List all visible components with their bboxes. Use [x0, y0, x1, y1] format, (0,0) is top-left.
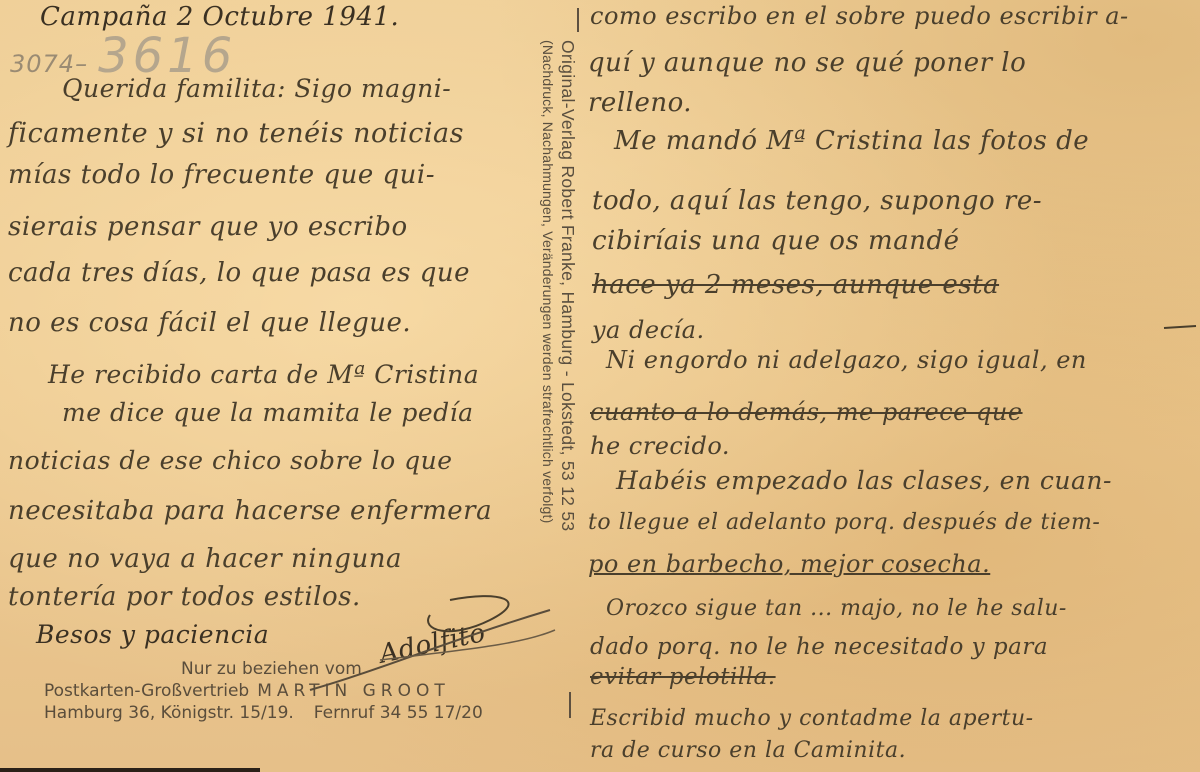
letter-line: necesitaba para hacerse enfermera	[8, 496, 492, 526]
letter-line: Ni engordo ni adelgazo, sigo igual, en	[606, 346, 1087, 374]
letter-date-header: Campaña 2 Octubre 1941.	[40, 2, 399, 32]
letter-line-underlined: po en barbecho, mejor cosecha.	[588, 550, 990, 578]
distributor-imprint: Nur zu beziehen vom Postkarten-Großvertr…	[44, 659, 483, 723]
letter-line: todo, aquí las tengo, supongo re-	[592, 186, 1042, 216]
center-divider-top	[577, 8, 579, 32]
letter-line: que no vaya a hacer ninguna	[8, 544, 402, 574]
letter-line: he crecido.	[590, 432, 730, 460]
distributor-name-line: Postkarten-GroßvertriebMARTIN GROOT	[44, 681, 483, 701]
letter-line: me dice que la mamita le pedía	[62, 398, 474, 427]
letter-line-struck: hace ya 2 meses, aunque esta	[592, 270, 999, 300]
distributor-brand: MARTIN GROOT	[257, 681, 450, 701]
ink-dash-mark	[1160, 300, 1200, 340]
letter-line: tontería por todos estilos.	[8, 582, 361, 612]
letter-line: noticias de ese chico sobre lo que	[8, 446, 453, 475]
letter-line: quí y aunque no se qué poner lo	[588, 48, 1026, 78]
letter-closing: Besos y paciencia	[36, 620, 269, 649]
postcard-back: 3074–3616 Campaña 2 Octubre 1941. Querid…	[0, 0, 1200, 772]
letter-line: ya decía.	[592, 316, 705, 344]
letter-line: to llegue el adelanto porq. después de t…	[588, 510, 1100, 535]
center-divider-bottom	[569, 692, 571, 718]
letter-line-struck: cuanto a lo demás, me parece que	[590, 398, 1023, 426]
letter-line-struck: evitar pelotilla.	[590, 664, 776, 690]
letter-line: no es cosa fácil el que llegue.	[8, 308, 411, 338]
letter-line: como escribo en el sobre puedo escribir …	[590, 2, 1129, 30]
distributor-prefix: Postkarten-Großvertrieb	[44, 681, 249, 701]
letter-line: mías todo lo frecuente que qui-	[8, 160, 435, 190]
copyright-notice: (Nachdruck, Nachahmungen, Veränderungen …	[540, 40, 556, 531]
letter-line: ficamente y si no tenéis noticias	[8, 118, 464, 149]
distributor-intro: Nur zu beziehen vom	[181, 659, 483, 679]
letter-line: Me mandó Mª Cristina las fotos de	[614, 126, 1089, 156]
letter-line: Habéis empezado las clases, en cuan-	[616, 466, 1112, 495]
letter-line: cibiríais una que os mandé	[592, 226, 960, 256]
letter-line: sierais pensar que yo escribo	[8, 212, 408, 242]
letter-line: Querida familita: Sigo magni-	[62, 74, 451, 103]
publisher-line: Original-Verlag Robert Franke, Hamburg -…	[557, 40, 578, 531]
letter-line: dado porq. no le he necesitado y para	[590, 634, 1048, 660]
scan-edge-shadow	[0, 768, 260, 772]
letter-line: relleno.	[588, 88, 692, 118]
letter-line: cada tres días, lo que pasa es que	[8, 258, 470, 288]
letter-line: Orozco sigue tan ... majo, no le he salu…	[606, 596, 1067, 621]
distributor-address: Hamburg 36, Königstr. 15/19.	[44, 703, 294, 723]
letter-line: ra de curso en la Caminita.	[590, 738, 906, 763]
distributor-address-line: Hamburg 36, Königstr. 15/19.Fernruf 34 5…	[44, 703, 483, 723]
letter-line: Escribid mucho y contadme la apertu-	[590, 706, 1034, 731]
distributor-phone: Fernruf 34 55 17/20	[314, 703, 483, 723]
publisher-vertical-text: Original-Verlag Robert Franke, Hamburg -…	[540, 40, 578, 531]
letter-line: He recibido carta de Mª Cristina	[48, 360, 479, 389]
